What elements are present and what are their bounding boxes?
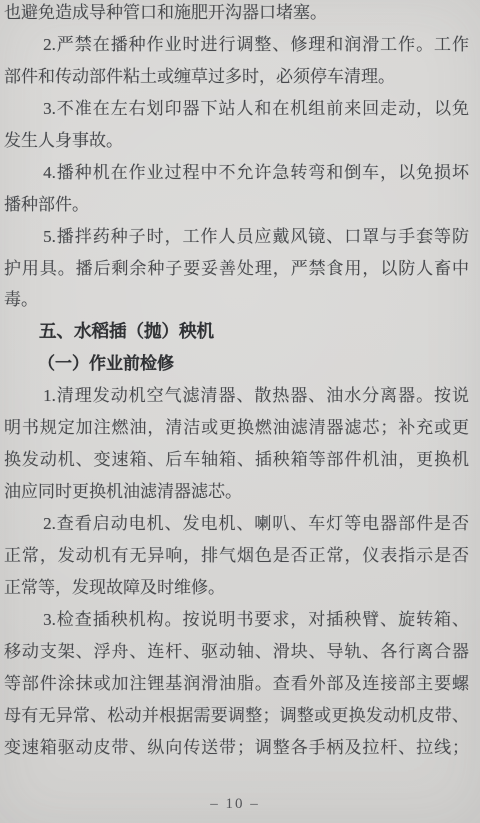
document-page: 也避免造成导种管口和施肥开沟器口堵塞。2.严禁在播种作业时进行调整、修理和润滑工… — [0, 0, 480, 823]
text-line: 3.不准在左右划印器下站人和在机组前来回走动，以免 — [4, 93, 469, 125]
text-line: 毒。 — [4, 284, 469, 316]
text-line: 护用具。播后剩余种子要妥善处理，严禁食用，以防人畜中 — [4, 253, 469, 285]
text-line: 2.查看启动电机、发电机、喇叭、车灯等电器部件是否 — [4, 508, 469, 540]
text-line: 2.严禁在播种作业时进行调整、修理和润滑工作。工作 — [4, 29, 469, 61]
text-line: 发生人身事故。 — [4, 125, 469, 157]
text-line: 5.播拌药种子时，工作人员应戴风镜、口罩与手套等防 — [4, 221, 469, 253]
text-line: 母有无异常、松动并根据需要调整；调整或更换发动机皮带、 — [4, 700, 469, 732]
text-line: 4.播种机在作业过程中不允许急转弯和倒车，以免损坏 — [4, 157, 469, 189]
text-line: 1.清理发动机空气滤清器、散热器、油水分离器。按说 — [4, 380, 469, 412]
text-line: 部件和传动部件粘土或缠草过多时，必须停车清理。 — [4, 61, 469, 93]
text-line: 移动支架、浮舟、连杆、驱动轴、滑块、导轨、各行离合器 — [4, 636, 469, 668]
section-heading: 五、水稻插（抛）秧机 — [4, 316, 469, 348]
document-text: 也避免造成导种管口和施肥开沟器口堵塞。2.严禁在播种作业时进行调整、修理和润滑工… — [4, 0, 469, 764]
text-line: 正常等，发现故障及时维修。 — [4, 572, 469, 604]
text-line: 明书规定加注燃油，清洁或更换燃油滤清器滤芯；补充或更 — [4, 412, 469, 444]
text-line: 等部件涂抹或加注锂基润滑油脂。查看外部及连接部主要螺 — [4, 668, 469, 700]
text-line: 油应同时更换机油滤清器滤芯。 — [4, 476, 469, 508]
text-line: 正常，发动机有无异响，排气烟色是否正常，仪表指示是否 — [4, 540, 469, 572]
text-line: 3.检查插秧机构。按说明书要求，对插秧臂、旋转箱、 — [4, 604, 469, 636]
page-number: – 10 – — [0, 794, 470, 814]
sub-heading: （一）作业前检修 — [4, 348, 469, 380]
text-line: 变速箱驱动皮带、纵向传送带；调整各手柄及拉杆、拉线； — [4, 732, 469, 764]
text-line: 换发动机、变速箱、后车轴箱、插秧箱等部件机油，更换机 — [4, 444, 469, 476]
text-line: 也避免造成导种管口和施肥开沟器口堵塞。 — [4, 0, 469, 29]
text-line: 播种部件。 — [4, 189, 469, 221]
